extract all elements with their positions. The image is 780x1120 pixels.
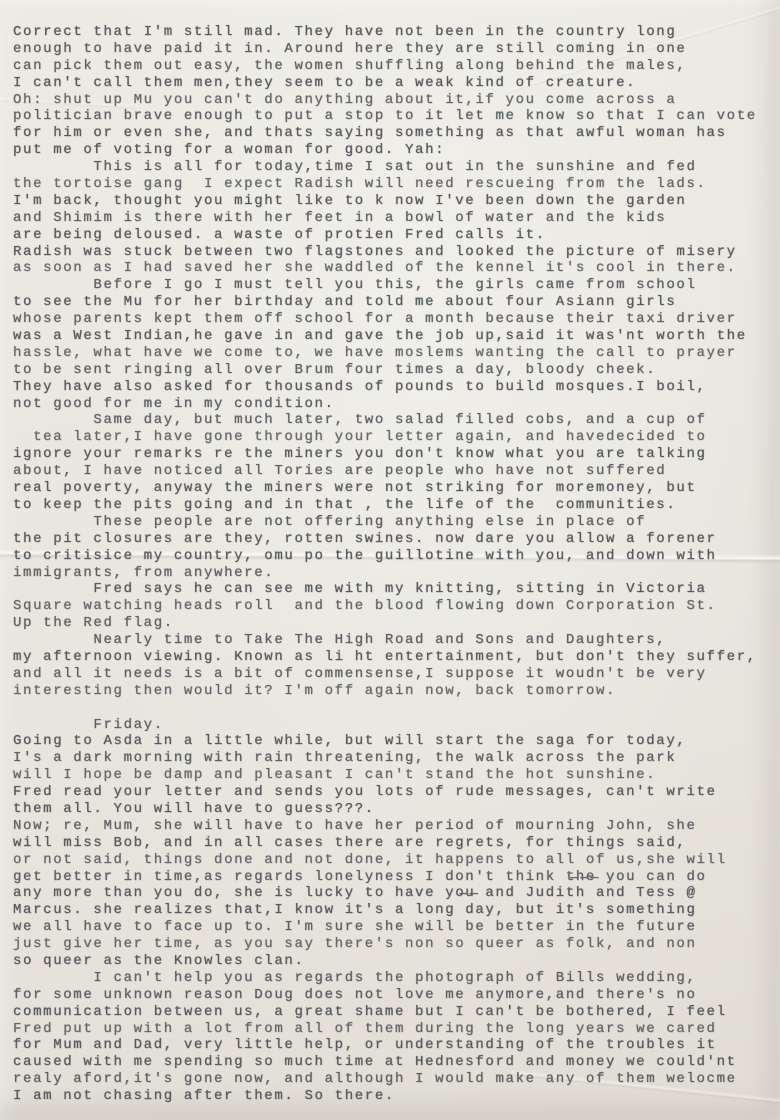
letter-line: Fred says he can see me with my knitting… (13, 581, 778, 598)
letter-line: Marcus. she realizes that,I know it's a … (13, 902, 778, 919)
letter-line: and Shimim is there with her feet in a b… (13, 210, 778, 227)
letter-line: will I hope be damp and pleasant I can't… (13, 767, 778, 784)
letter-line: I can't help you as regards the photogra… (13, 970, 778, 987)
letter-line: to keep the pits going and in that , the… (13, 497, 778, 514)
letter-line: real poverty, anyway the miners were not… (13, 480, 778, 497)
letter-line: put me of voting for a woman for good. Y… (13, 142, 778, 159)
letter-line: They have also asked for thousands of po… (13, 379, 778, 396)
letter-line: we all have to face up to. I'm sure she … (13, 919, 778, 936)
letter-line: and all it needs is a bit of commensense… (13, 666, 778, 683)
letter-line: the pit closures are they, rotten swines… (13, 531, 778, 548)
letter-line: to critisice my country, omu po the guil… (13, 548, 778, 565)
letter-line: caused with me spending so much time at … (13, 1054, 778, 1071)
letter-line: These people are not offering anything e… (13, 514, 778, 531)
letter-line: interesting then would it? I'm off again… (13, 683, 778, 700)
letter-line: Before I go I must tell you this, the gi… (13, 277, 778, 294)
letter-line: or not said, things done and not done, i… (13, 852, 778, 869)
letter-line: about, I have noticed all Tories are peo… (13, 463, 778, 480)
letter-line: Square watching heads roll and the blood… (13, 598, 778, 615)
letter-line: Now; re, Mum, she will have to have her … (13, 818, 778, 835)
letter-line: to see the Mu for her birthday and told … (13, 294, 778, 311)
letter-line: are being deloused. a waste of protien F… (13, 227, 778, 244)
letter-line: will miss Bob, and in all cases there ar… (13, 835, 778, 852)
letter-line: immigrants, from anywhere. (13, 565, 778, 582)
letter-line: so queer as the Knowles clan. (13, 953, 778, 970)
letter-line: any more than you do, she is lucky to ha… (13, 885, 778, 902)
letter-line: Correct that I'm still mad. They have no… (13, 24, 778, 41)
letter-line: the tortoise gang I expect Radish will n… (13, 176, 778, 193)
letter-line: Nearly time to Take The High Road and So… (13, 632, 778, 649)
letter-line: whose parents kept them off school for a… (13, 311, 778, 328)
letter-page: Correct that I'm still mad. They have no… (0, 0, 780, 1120)
letter-line: enough to have paid it in. Around here t… (13, 41, 778, 58)
letter-line: Fred put up with a lot from all of them … (13, 1021, 778, 1038)
letter-line: Radish was stuck between two flagstones … (13, 244, 778, 261)
letter-line: Oh: shut up Mu you can't do anything abo… (13, 92, 778, 109)
letter-line: as soon as I had saved her she waddled o… (13, 260, 778, 277)
letter-line: my afternoon viewing. Known as li ht ent… (13, 649, 778, 666)
letter-line: politician brave enough to put a stop to… (13, 108, 778, 125)
letter-line: This is all for today,time I sat out in … (13, 159, 778, 176)
letter-line: I'm back, thought you might like to k no… (13, 193, 778, 210)
letter-line: hassle, what have we come to, we have mo… (13, 345, 778, 362)
letter-line: realy aford,it's gone now, and although … (13, 1071, 778, 1088)
letter-text: Correct that I'm still mad. They have no… (13, 24, 778, 1105)
letter-line (13, 700, 778, 717)
letter-line: I am not chasing after them. So there. (13, 1088, 778, 1105)
letter-line: ignore your remarks re the miners you do… (13, 446, 778, 463)
letter-line: to be sent ringing all over Brum four ti… (13, 362, 778, 379)
letter-line: Going to Asda in a little while, but wil… (13, 733, 778, 750)
letter-line: I's a dark morning with rain threatening… (13, 750, 778, 767)
letter-line: not good for me in my condition. (13, 396, 778, 413)
letter-line: can pick them out easy, the women shuffl… (13, 58, 778, 75)
letter-line: I can't call them men,they seem to be a … (13, 75, 778, 92)
letter-line: for some unknown reason Doug does not lo… (13, 987, 778, 1004)
letter-line: them all. You will have to guess???. (13, 801, 778, 818)
letter-line: get better in time,as regards lonelyness… (13, 869, 778, 886)
letter-line: Same day, but much later, two salad fill… (13, 412, 778, 429)
letter-line: communication between us, a great shame … (13, 1004, 778, 1021)
letter-line: was a West Indian,he gave in and gave th… (13, 328, 778, 345)
letter-line: for Mum and Dad, very little help, or un… (13, 1037, 778, 1054)
letter-line: just give her time, as you say there's n… (13, 936, 778, 953)
letter-line: for him or even she, and thats saying so… (13, 125, 778, 142)
letter-line: Up the Red flag. (13, 615, 778, 632)
letter-line: Fred read your letter and sends you lots… (13, 784, 778, 801)
letter-line: tea later,I have gone through your lette… (13, 429, 778, 446)
letter-line: Friday. (13, 717, 778, 734)
